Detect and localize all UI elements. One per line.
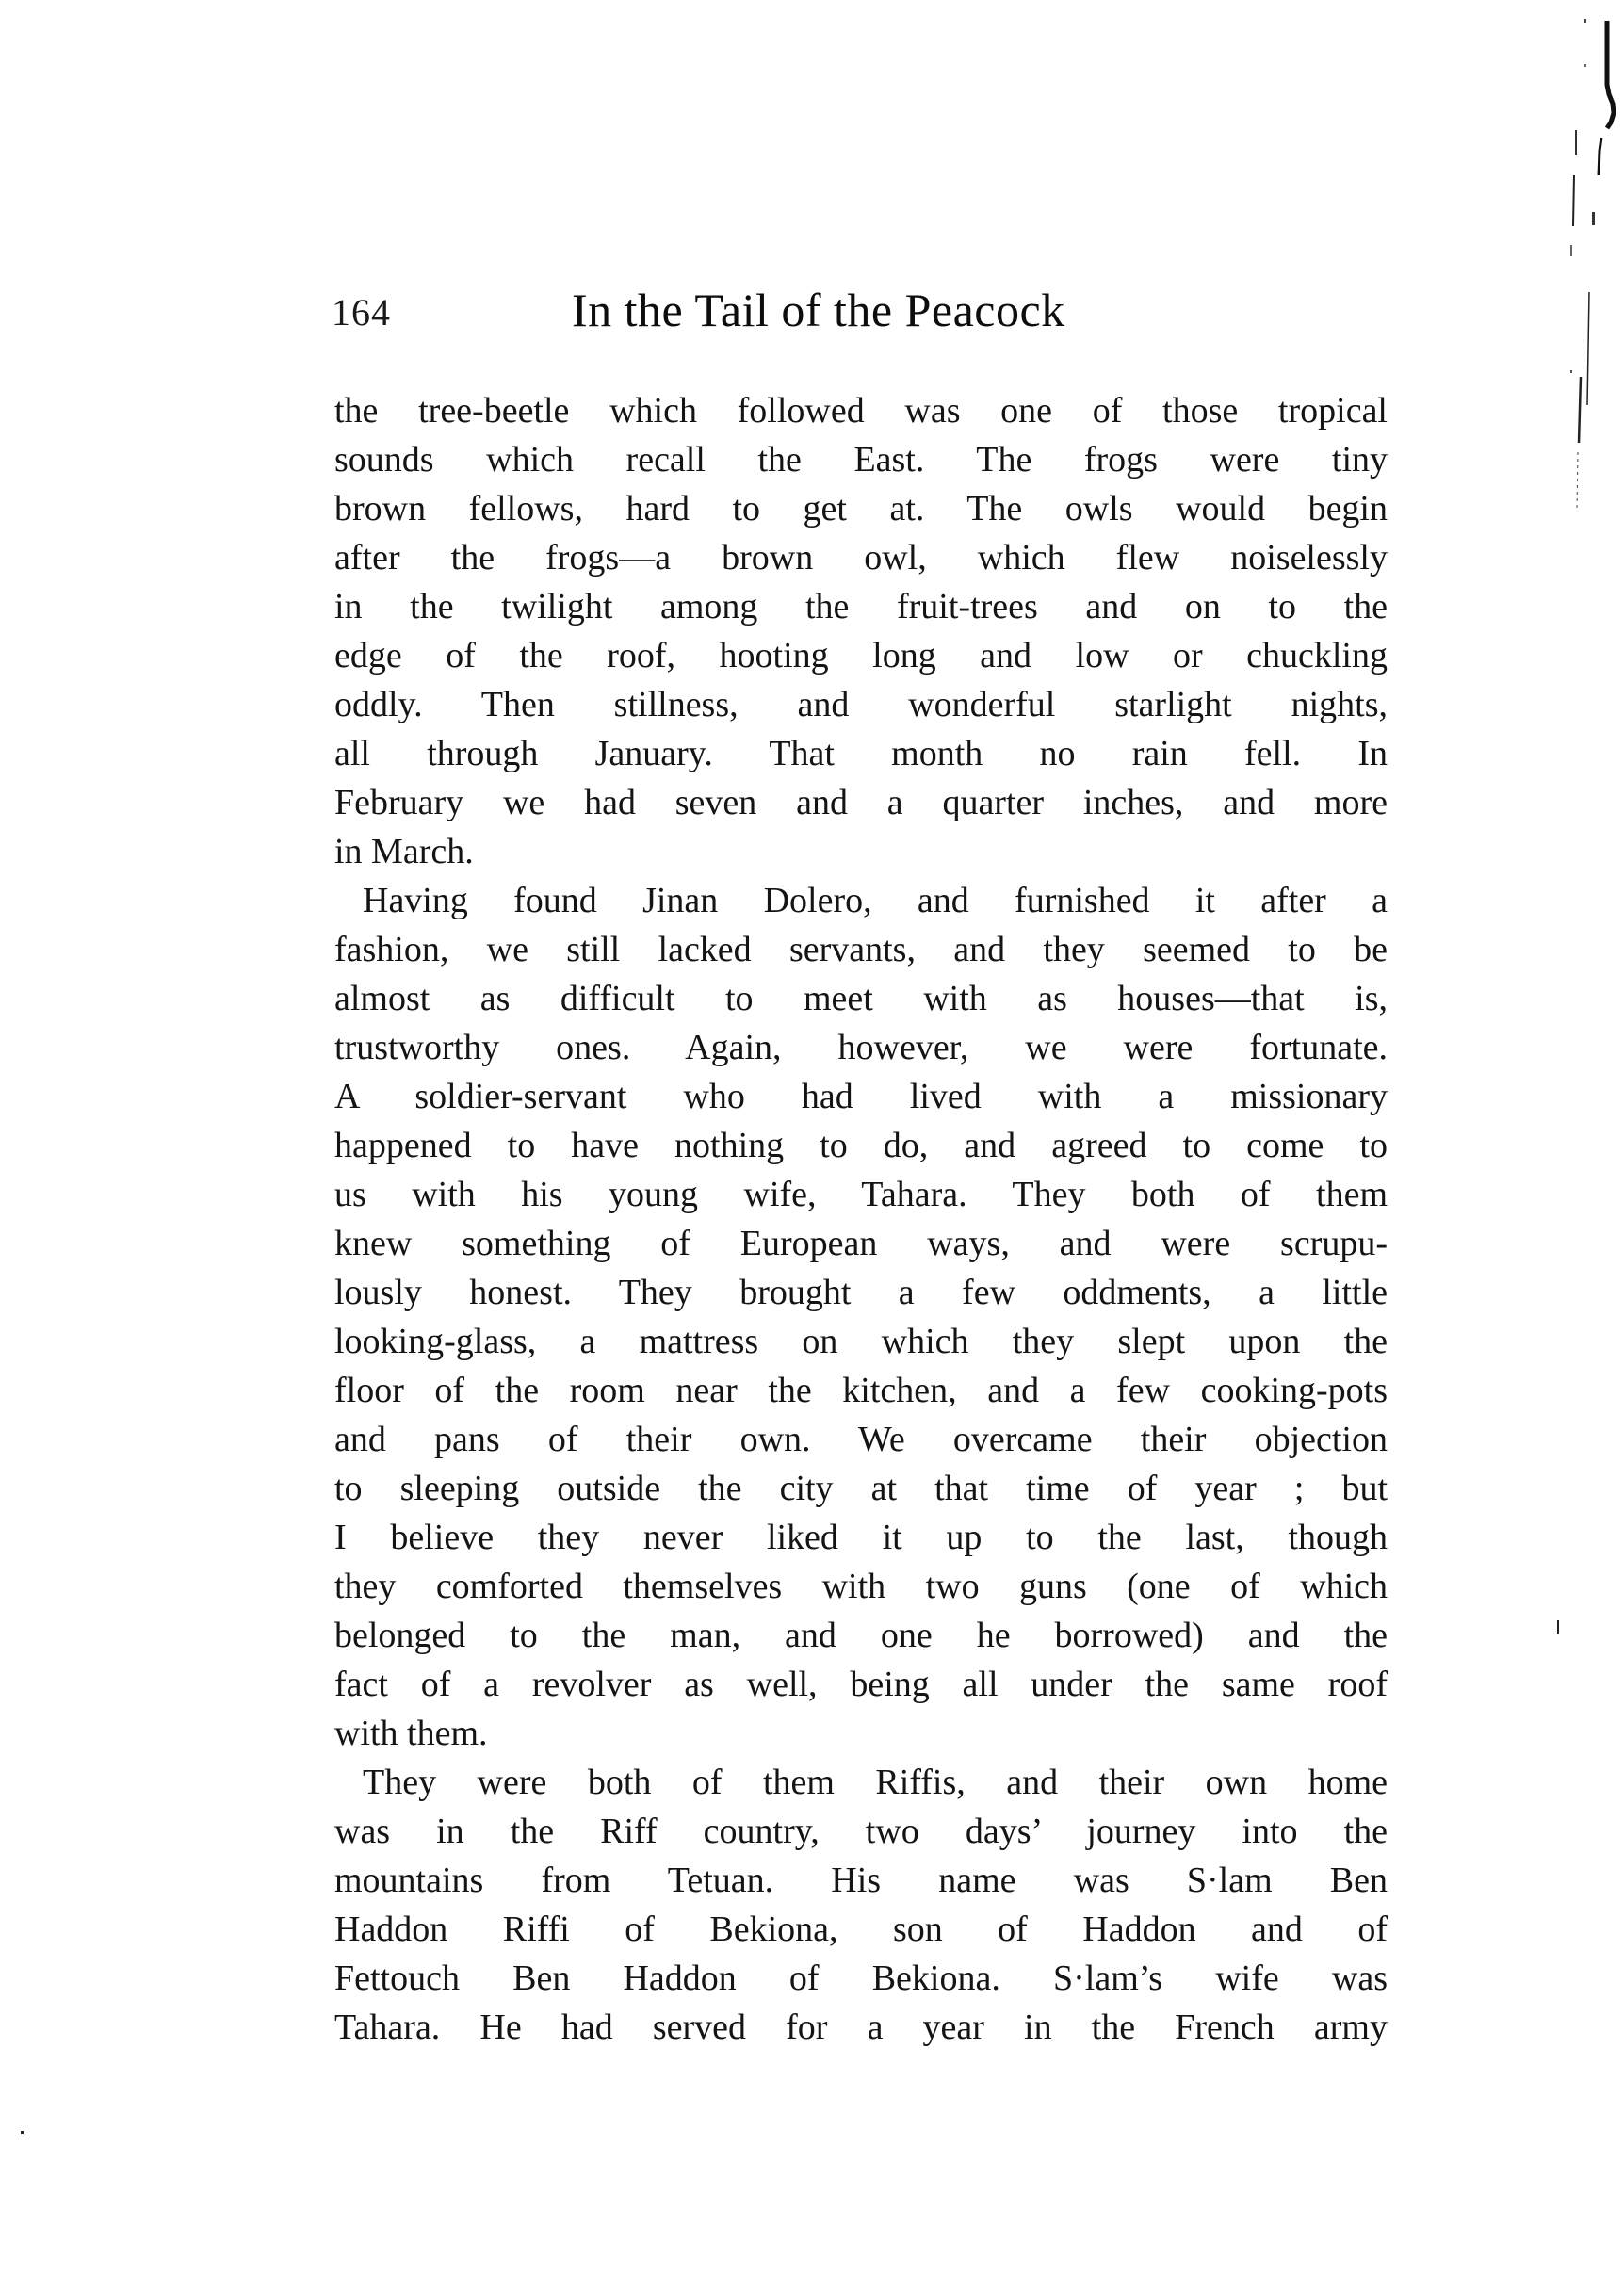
text-line: Tahara. He had served for a year in the …: [334, 2003, 1388, 2052]
paragraph: They were both of them Riffis, and their…: [334, 1758, 1388, 2052]
running-title: In the Tail of the Peacock: [572, 283, 1065, 337]
text-line: was in the Riff country, two days’ journ…: [334, 1807, 1388, 1856]
paragraph: the tree-beetle which followed was one o…: [334, 386, 1388, 876]
text-line: fact of a revolver as well, being all un…: [334, 1660, 1388, 1709]
text-line: with them.: [334, 1709, 1388, 1758]
text-line: knew something of European ways, and wer…: [334, 1219, 1388, 1268]
scan-speck: [21, 2131, 24, 2134]
text-line: in the twilight among the fruit-trees an…: [334, 582, 1388, 631]
text-line: us with his young wife, Tahara. They bot…: [334, 1170, 1388, 1219]
text-line: they comforted themselves with two guns …: [334, 1562, 1388, 1611]
scan-edge-artifact: [1526, 0, 1624, 1319]
text-line: belonged to the man, and one he borrowed…: [334, 1611, 1388, 1660]
text-line: A soldier-servant who had lived with a m…: [334, 1072, 1388, 1121]
text-line: to sleeping outside the city at that tim…: [334, 1464, 1388, 1513]
page-number: 164: [332, 290, 391, 334]
running-head: 164 In the Tail of the Peacock: [332, 283, 1387, 358]
text-line: oddly. Then stillness, and wonderful sta…: [334, 680, 1388, 729]
body-text: the tree-beetle which followed was one o…: [334, 386, 1388, 2052]
text-line: Having found Jinan Dolero, and furnished…: [334, 876, 1388, 925]
text-line: after the frogs—a brown owl, which flew …: [334, 533, 1388, 582]
text-line: edge of the roof, hooting long and low o…: [334, 631, 1388, 680]
text-line: fashion, we still lacked servants, and t…: [334, 925, 1388, 974]
text-line: almost as difficult to meet with as hous…: [334, 974, 1388, 1023]
paragraph: Having found Jinan Dolero, and furnished…: [334, 876, 1388, 1758]
text-line: sounds which recall the East. The frogs …: [334, 435, 1388, 484]
text-line: happened to have nothing to do, and agre…: [334, 1121, 1388, 1170]
book-page: 164 In the Tail of the Peacock the tree-…: [0, 0, 1624, 2276]
text-line: I believe they never liked it up to the …: [334, 1513, 1388, 1562]
text-line: mountains from Tetuan. His name was S·la…: [334, 1856, 1388, 1905]
text-line: brown fellows, hard to get at. The owls …: [334, 484, 1388, 533]
text-line: lously honest. They brought a few oddmen…: [334, 1268, 1388, 1317]
text-line: and pans of their own. We overcame their…: [334, 1415, 1388, 1464]
text-line: Fettouch Ben Haddon of Bekiona. S·lam’s …: [334, 1954, 1388, 2003]
text-line: in March.: [334, 827, 1388, 876]
text-line: February we had seven and a quarter inch…: [334, 778, 1388, 827]
text-line: Haddon Riffi of Bekiona, son of Haddon a…: [334, 1905, 1388, 1954]
text-line: trustworthy ones. Again, however, we wer…: [334, 1023, 1388, 1072]
text-line: the tree-beetle which followed was one o…: [334, 386, 1388, 435]
text-line: floor of the room near the kitchen, and …: [334, 1366, 1388, 1415]
text-line: They were both of them Riffis, and their…: [334, 1758, 1388, 1807]
scan-speck: [1557, 1620, 1559, 1634]
text-line: looking-glass, a mattress on which they …: [334, 1317, 1388, 1366]
text-line: all through January. That month no rain …: [334, 729, 1388, 778]
